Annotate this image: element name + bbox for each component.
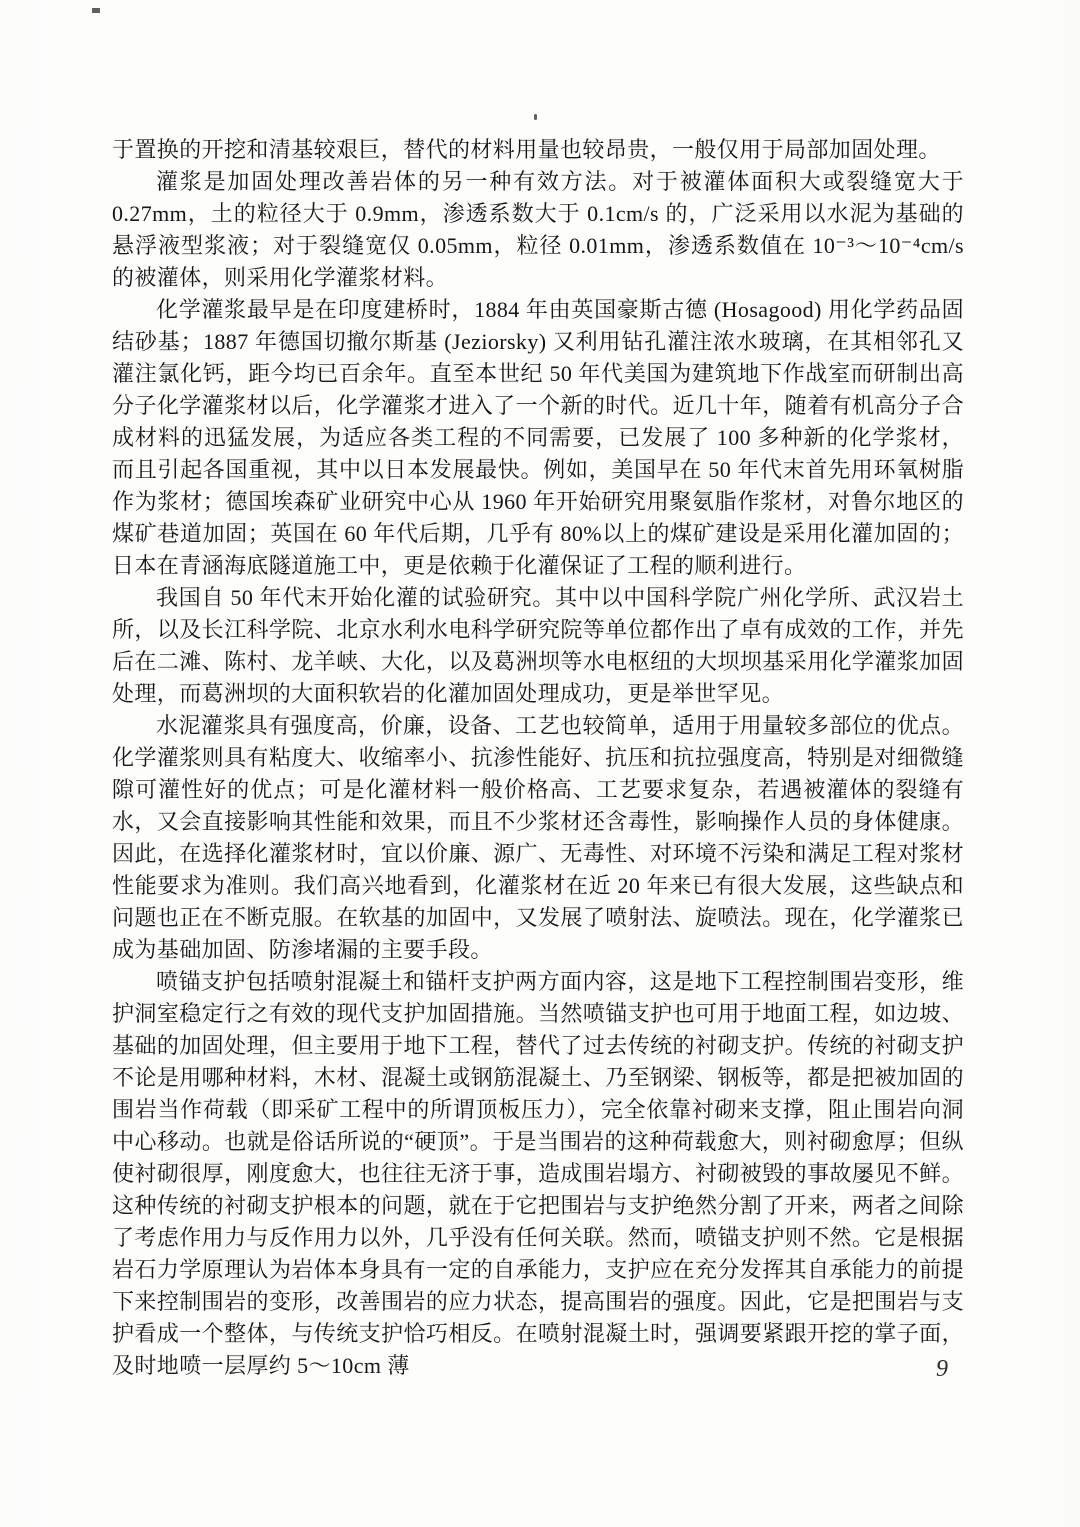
body-paragraph: 喷锚支护包括喷射混凝土和锚杆支护两方面内容，这是地下工程控制围岩变形，维护洞室稳…	[112, 966, 964, 1382]
body-paragraph: 灌浆是加固处理改善岩体的另一种有效方法。对于被灌体面积大或裂缝宽大于 0.27m…	[112, 166, 964, 294]
body-paragraph: 化学灌浆最早是在印度建桥时，1884 年由英国豪斯古德 (Hosagood) 用…	[112, 294, 964, 582]
body-paragraph-continuation: 于置换的开挖和清基较艰巨，替代的材料用量也较昂贵，一般仅用于局部加固处理。	[112, 134, 964, 166]
page-text-block: 于置换的开挖和清基较艰巨，替代的材料用量也较昂贵，一般仅用于局部加固处理。 灌浆…	[112, 134, 964, 1382]
scan-artifact-speck	[92, 8, 100, 13]
page-number: 9	[922, 1356, 962, 1383]
body-paragraph: 我国自 50 年代末开始化灌的试验研究。其中以中国科学院广州化学所、武汉岩土所，…	[112, 582, 964, 710]
scanned-book-page: 于置换的开挖和清基较艰巨，替代的材料用量也较昂贵，一般仅用于局部加固处理。 灌浆…	[0, 0, 1080, 1527]
scan-artifact-dot	[534, 114, 537, 120]
body-paragraph: 水泥灌浆具有强度高，价廉，设备、工艺也较简单，适用于用量较多部位的优点。化学灌浆…	[112, 710, 964, 966]
